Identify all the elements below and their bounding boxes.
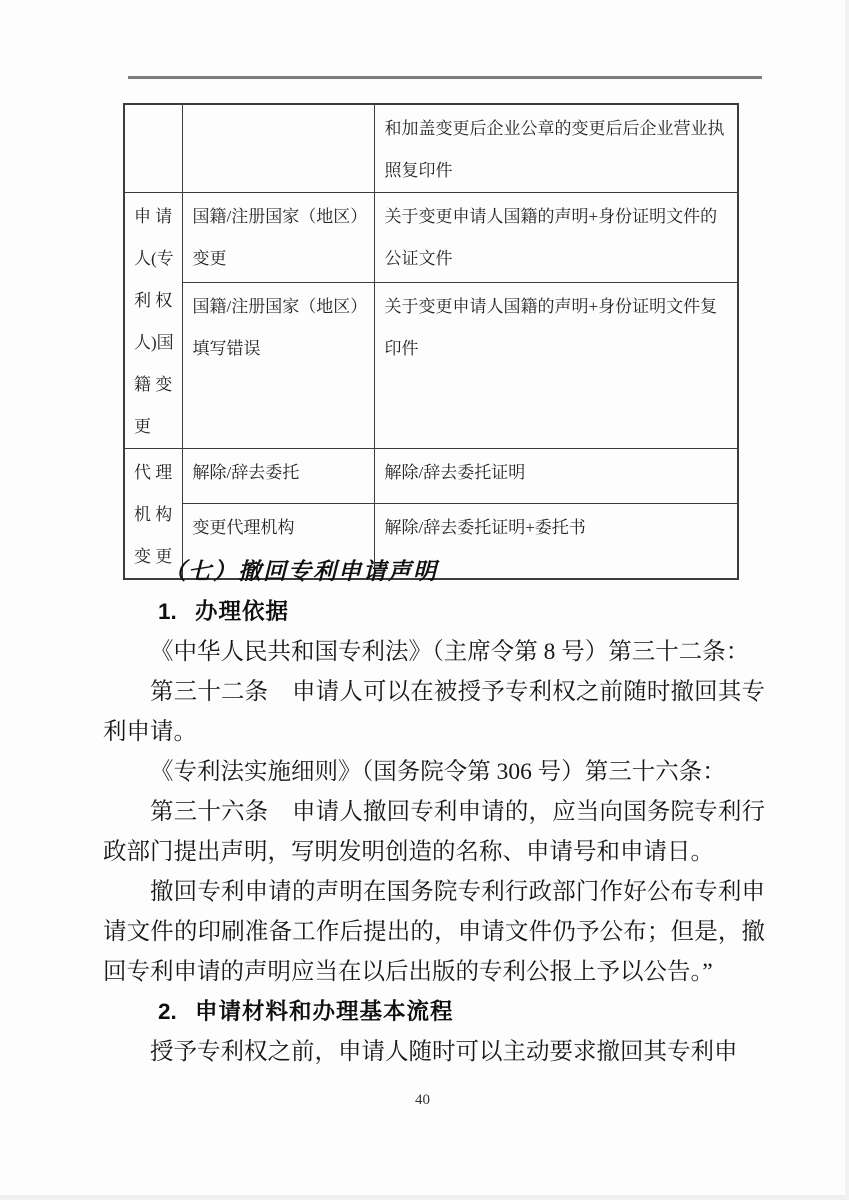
page-number: 40 xyxy=(0,1092,845,1109)
table-row-nationality-change: 申 请 人(专 利 权 人)国 籍 变 更 国籍/注册国家（地区）变更 关于变更… xyxy=(124,193,738,283)
subsection-2-title: 申请材料和办理基本流程 xyxy=(195,999,454,1024)
subsection-2-heading: 2.申请材料和办理基本流程 xyxy=(158,992,765,1032)
subsection-1-heading: 1.办理依据 xyxy=(158,592,765,632)
subsection-1-number: 1. xyxy=(158,592,195,632)
document-page: 和加盖变更后企业公章的变更后后企业营业执照复印件 申 请 人(专 利 权 人)国… xyxy=(0,0,849,1200)
cell-category-empty xyxy=(124,104,182,193)
cell-category-nationality: 申 请 人(专 利 权 人)国 籍 变 更 xyxy=(124,193,182,449)
paragraph: 撤回专利申请的声明在国务院专利行政部门作好公布专利申请文件的印刷准备工作后提出的… xyxy=(103,872,765,992)
section-heading-7: （七）撤回专利申请声明 xyxy=(163,552,765,592)
change-materials-table: 和加盖变更后企业公章的变更后后企业营业执照复印件 申 请 人(专 利 权 人)国… xyxy=(123,103,739,580)
cell-item: 解除/辞去委托 xyxy=(182,449,374,504)
subsection-1-title: 办理依据 xyxy=(195,599,289,624)
paragraph: 第三十六条 申请人撤回专利申请的，应当向国务院专利行政部门提出声明，写明发明创造… xyxy=(103,792,765,872)
paragraph: 授予专利权之前，申请人随时可以主动要求撤回其专利申 xyxy=(103,1032,765,1072)
paragraph: 《中华人民共和国专利法》（主席令第 8 号）第三十二条： xyxy=(103,632,765,672)
cell-item: 国籍/注册国家（地区）变更 xyxy=(182,193,374,283)
table-row-continuation: 和加盖变更后企业公章的变更后后企业营业执照复印件 xyxy=(124,104,738,193)
table-row-agency-termination: 代 理 机 构 变 更 解除/辞去委托 解除/辞去委托证明 xyxy=(124,449,738,504)
table-row-nationality-error: 国籍/注册国家（地区）填写错误 关于变更申请人国籍的声明+身份证明文件复印件 xyxy=(124,283,738,449)
cell-materials: 和加盖变更后企业公章的变更后后企业营业执照复印件 xyxy=(374,104,738,193)
cell-item: 国籍/注册国家（地区）填写错误 xyxy=(182,283,374,449)
cell-item-empty xyxy=(182,104,374,193)
cell-materials: 关于变更申请人国籍的声明+身份证明文件复印件 xyxy=(374,283,738,449)
paragraph: 《专利法实施细则》（国务院令第 306 号）第三十六条： xyxy=(103,752,765,792)
body-text: （七）撤回专利申请声明 1.办理依据 《中华人民共和国专利法》（主席令第 8 号… xyxy=(103,552,765,1072)
cell-materials: 解除/辞去委托证明 xyxy=(374,449,738,504)
subsection-2-number: 2. xyxy=(158,992,195,1032)
paragraph: 第三十二条 申请人可以在被授予专利权之前随时撤回其专利申请。 xyxy=(103,672,765,752)
header-rule xyxy=(128,76,762,79)
cell-materials: 关于变更申请人国籍的声明+身份证明文件的公证文件 xyxy=(374,193,738,283)
